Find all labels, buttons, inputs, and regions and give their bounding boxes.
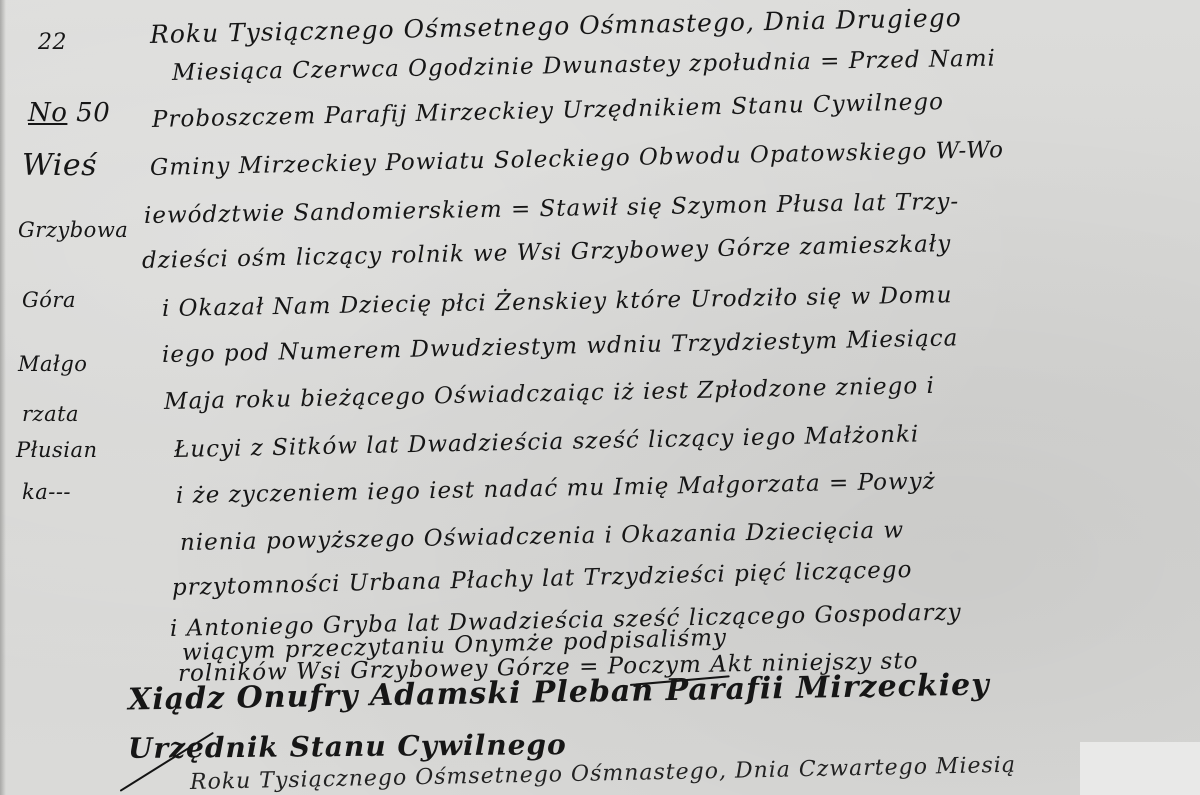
body-line: i Okazał Nam Dziecię płci Żenskiey które…: [162, 282, 953, 322]
signature-registrar: Urzędnik Stanu Cywilnego: [128, 728, 567, 765]
body-line: Miesiąca Czerwca Ogodzinie Dwunastey zpo…: [172, 46, 996, 86]
body-line: dzieści ośm liczący rolnik we Wsi Grzybo…: [142, 231, 952, 274]
body-line: nienia powyższego Oświadczenia i Okazani…: [180, 517, 905, 556]
body-line: przytomności Urbana Płachy lat Trzydzieś…: [172, 557, 913, 601]
body-line: Roku Tysiącznego Ośmsetnego Ośmnastego, …: [150, 3, 962, 49]
body-line: Łucyi z Sitków lat Dwadzieścia sześć lic…: [174, 421, 920, 463]
body-line: Maja roku bieżącego Oświadczaiąc iż iest…: [164, 373, 935, 415]
body-line: iewództwie Sandomierskiem = Stawił się S…: [144, 189, 960, 229]
body-line: Gminy Mirzeckiey Powiatu Soleckiego Obwo…: [150, 137, 1005, 181]
body-line: i że zyczeniem iego iest nadać mu Imię M…: [176, 468, 936, 509]
body-line: iego pod Numerem Dwudziestym wdniu Trzyd…: [162, 325, 959, 368]
body-line: Proboszczem Parafij Mirzeckiey Urzędniki…: [152, 89, 944, 133]
scanned-document-page: 22 No 50 Wieś Grzybowa Góra Małgo rzata …: [0, 0, 1200, 795]
